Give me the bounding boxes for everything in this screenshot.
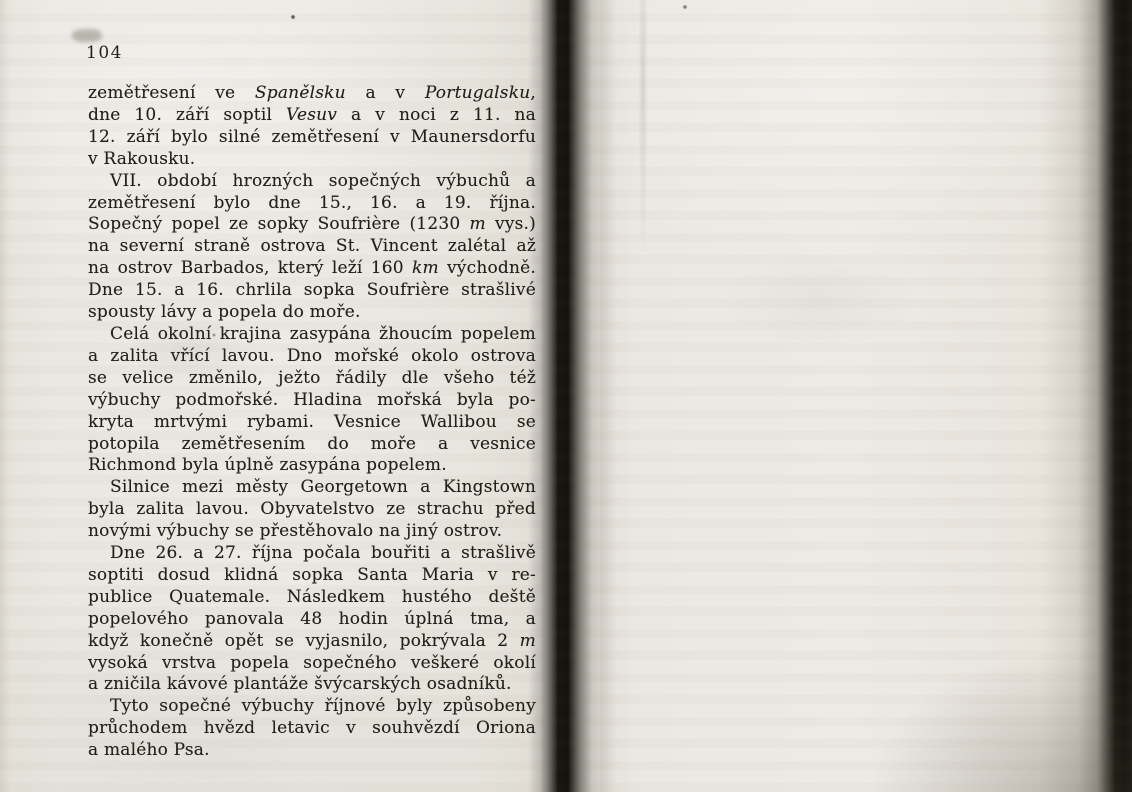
text-line: když konečně opět se vyjasnilo, pokrýval… — [88, 631, 536, 653]
text-line: se velice změnilo, ježto řádily dle všeh… — [88, 368, 536, 390]
italic-word: m — [470, 214, 486, 234]
text-run: zemětřesení ve — [88, 83, 255, 103]
text-run: publice Quatemale. Následkem hustého deš… — [88, 587, 536, 607]
text-line: Dne 26. a 27. října počala bouřiti a str… — [88, 543, 536, 565]
text-line: Richmond byla úplně zasypána popelem. — [88, 455, 536, 477]
text-line: na ostrov Barbados, který leží 160 km vý… — [88, 258, 536, 280]
text-line: a malého Psa. — [88, 740, 536, 762]
left-page-number: 104 — [86, 43, 123, 63]
paragraph: Dne 26. a 27. října počala bouřiti a str… — [88, 543, 536, 696]
text-line: Dne 15. a 16. chrlila sopka Soufrière st… — [88, 280, 536, 302]
paragraph: zemětřesení ve Spanělsku a v Portugalsku… — [88, 83, 536, 171]
text-line: na severní straně ostrova St. Vincent za… — [88, 236, 536, 258]
text-line: zemětřesení ve Spanělsku a v Portugalsku… — [88, 83, 536, 105]
text-run: a zničila kávové plantáže švýcarských os… — [88, 674, 512, 694]
text-run: na ostrov Barbados, který leží 160 — [88, 258, 412, 278]
text-line: výbuchy podmořské. Hladina mořská byla p… — [88, 390, 536, 412]
text-line: zemětřesení bylo dne 15., 16. a 19. říjn… — [88, 193, 536, 215]
text-run: a malého Psa. — [88, 740, 210, 760]
ink-smudge — [72, 29, 102, 42]
paragraph: Tyto sopečné výbuchy říjnové byly způsob… — [88, 696, 536, 762]
right-page: 105 Roku 1903 budou mnohem silnější a hr… — [600, 0, 1132, 792]
text-run: , — [530, 83, 536, 103]
text-run: na severní straně ostrova St. Vincent za… — [88, 236, 536, 256]
text-run: spousty lávy a popela do moře. — [88, 302, 361, 322]
text-line: Silnice mezi městy Georgetown a Kingstow… — [88, 477, 536, 499]
text-run: novými výbuchy se přestěhovalo na jiný o… — [88, 521, 502, 541]
text-run: byla zalita lavou. Obyvatelstvo ze strac… — [88, 499, 536, 519]
left-page-text: zemětřesení ve Spanělsku a v Portugalsku… — [88, 83, 536, 762]
text-run: Sopečný popel ze sopky Soufrière (1230 — [88, 214, 470, 234]
text-run: Dne 15. a 16. chrlila sopka Soufrière st… — [88, 280, 536, 300]
text-line: VII. období hrozných sopečných výbuchů a — [88, 171, 536, 193]
text-line: dne 10. září soptil Vesuv a v noci z 11.… — [88, 105, 536, 127]
text-run: vysoká vrstva popela sopečného veškeré o… — [88, 653, 536, 673]
text-line: publice Quatemale. Následkem hustého deš… — [88, 587, 536, 609]
text-run: soptiti dosud klidná sopka Santa Maria v… — [88, 565, 536, 585]
text-run: a v noci z 11. na — [337, 105, 536, 125]
text-run: a v — [346, 83, 425, 103]
left-page: 104 zemětřesení ve Spanělsku a v Portuga… — [0, 0, 545, 792]
text-line: soptiti dosud klidná sopka Santa Maria v… — [88, 565, 536, 587]
book-scan: 104 zemětřesení ve Spanělsku a v Portuga… — [0, 0, 1132, 792]
text-run: Dne 26. a 27. října počala bouřiti a str… — [110, 543, 536, 563]
text-line: a zničila kávové plantáže švýcarských os… — [88, 674, 536, 696]
text-line: popelového panovala 48 hodin úplná tma, … — [88, 609, 536, 631]
text-line: spousty lávy a popela do moře. — [88, 302, 536, 324]
text-run: zemětřesení bylo dne 15., 16. a 19. říjn… — [88, 193, 536, 213]
text-line: a zalita vřící lavou. Dno mořské okolo o… — [88, 346, 536, 368]
text-line: byla zalita lavou. Obyvatelstvo ze strac… — [88, 499, 536, 521]
text-run: průchodem hvězd letavic v souhvězdí Orio… — [88, 718, 536, 738]
italic-word: Spanělsku — [255, 83, 346, 103]
text-run: dne 10. září soptil — [88, 105, 286, 125]
text-run: popelového panovala 48 hodin úplná tma, … — [88, 609, 536, 629]
text-run: VII. období hrozných sopečných výbuchů a — [110, 171, 536, 191]
text-run: Richmond byla úplně zasypána popelem. — [88, 455, 447, 475]
paragraph: Celá okolní krajina zasypána žhoucím pop… — [88, 324, 536, 477]
text-run: východně. — [439, 258, 536, 278]
text-run: se velice změnilo, ježto řádily dle všeh… — [88, 368, 536, 388]
text-run: Celá okolní krajina zasypána žhoucím pop… — [110, 324, 536, 344]
text-run: v Rakousku. — [88, 149, 195, 169]
italic-word: km — [412, 258, 439, 278]
italic-word: m — [520, 631, 536, 651]
text-run: Silnice mezi městy Georgetown a Kingstow… — [110, 477, 536, 497]
text-line: Tyto sopečné výbuchy říjnové byly způsob… — [88, 696, 536, 718]
text-run: vys.) — [486, 214, 536, 234]
text-run: 12. září bylo silné zemětřesení v Mauner… — [88, 127, 536, 147]
text-run: kryta mrtvými rybami. Vesnice Wallibou s… — [88, 412, 536, 432]
text-line: potopila zemětřesením do moře a vesnice — [88, 434, 536, 456]
text-line: Sopečný popel ze sopky Soufrière (1230 m… — [88, 214, 536, 236]
paragraph: VII. období hrozných sopečných výbuchů a… — [88, 171, 536, 324]
text-run: Tyto sopečné výbuchy říjnové byly způsob… — [110, 696, 536, 716]
italic-word: Portugalsku — [425, 83, 531, 103]
text-run: výbuchy podmořské. Hladina mořská byla p… — [88, 390, 536, 410]
text-line: Celá okolní krajina zasypána žhoucím pop… — [88, 324, 536, 346]
text-line: vysoká vrstva popela sopečného veškeré o… — [88, 653, 536, 675]
text-run: když konečně opět se vyjasnilo, pokrýval… — [88, 631, 520, 651]
paragraph: Silnice mezi městy Georgetown a Kingstow… — [88, 477, 536, 543]
text-line: průchodem hvězd letavic v souhvězdí Orio… — [88, 718, 536, 740]
text-run: potopila zemětřesením do moře a vesnice — [88, 434, 536, 454]
italic-word: Vesuv — [286, 105, 337, 125]
text-line: v Rakousku. — [88, 149, 536, 171]
text-run: a zalita vřící lavou. Dno mořské okolo o… — [88, 346, 536, 366]
text-line: novými výbuchy se přestěhovalo na jiný o… — [88, 521, 536, 543]
text-line: kryta mrtvými rybami. Vesnice Wallibou s… — [88, 412, 536, 434]
text-line: 12. září bylo silné zemětřesení v Mauner… — [88, 127, 536, 149]
